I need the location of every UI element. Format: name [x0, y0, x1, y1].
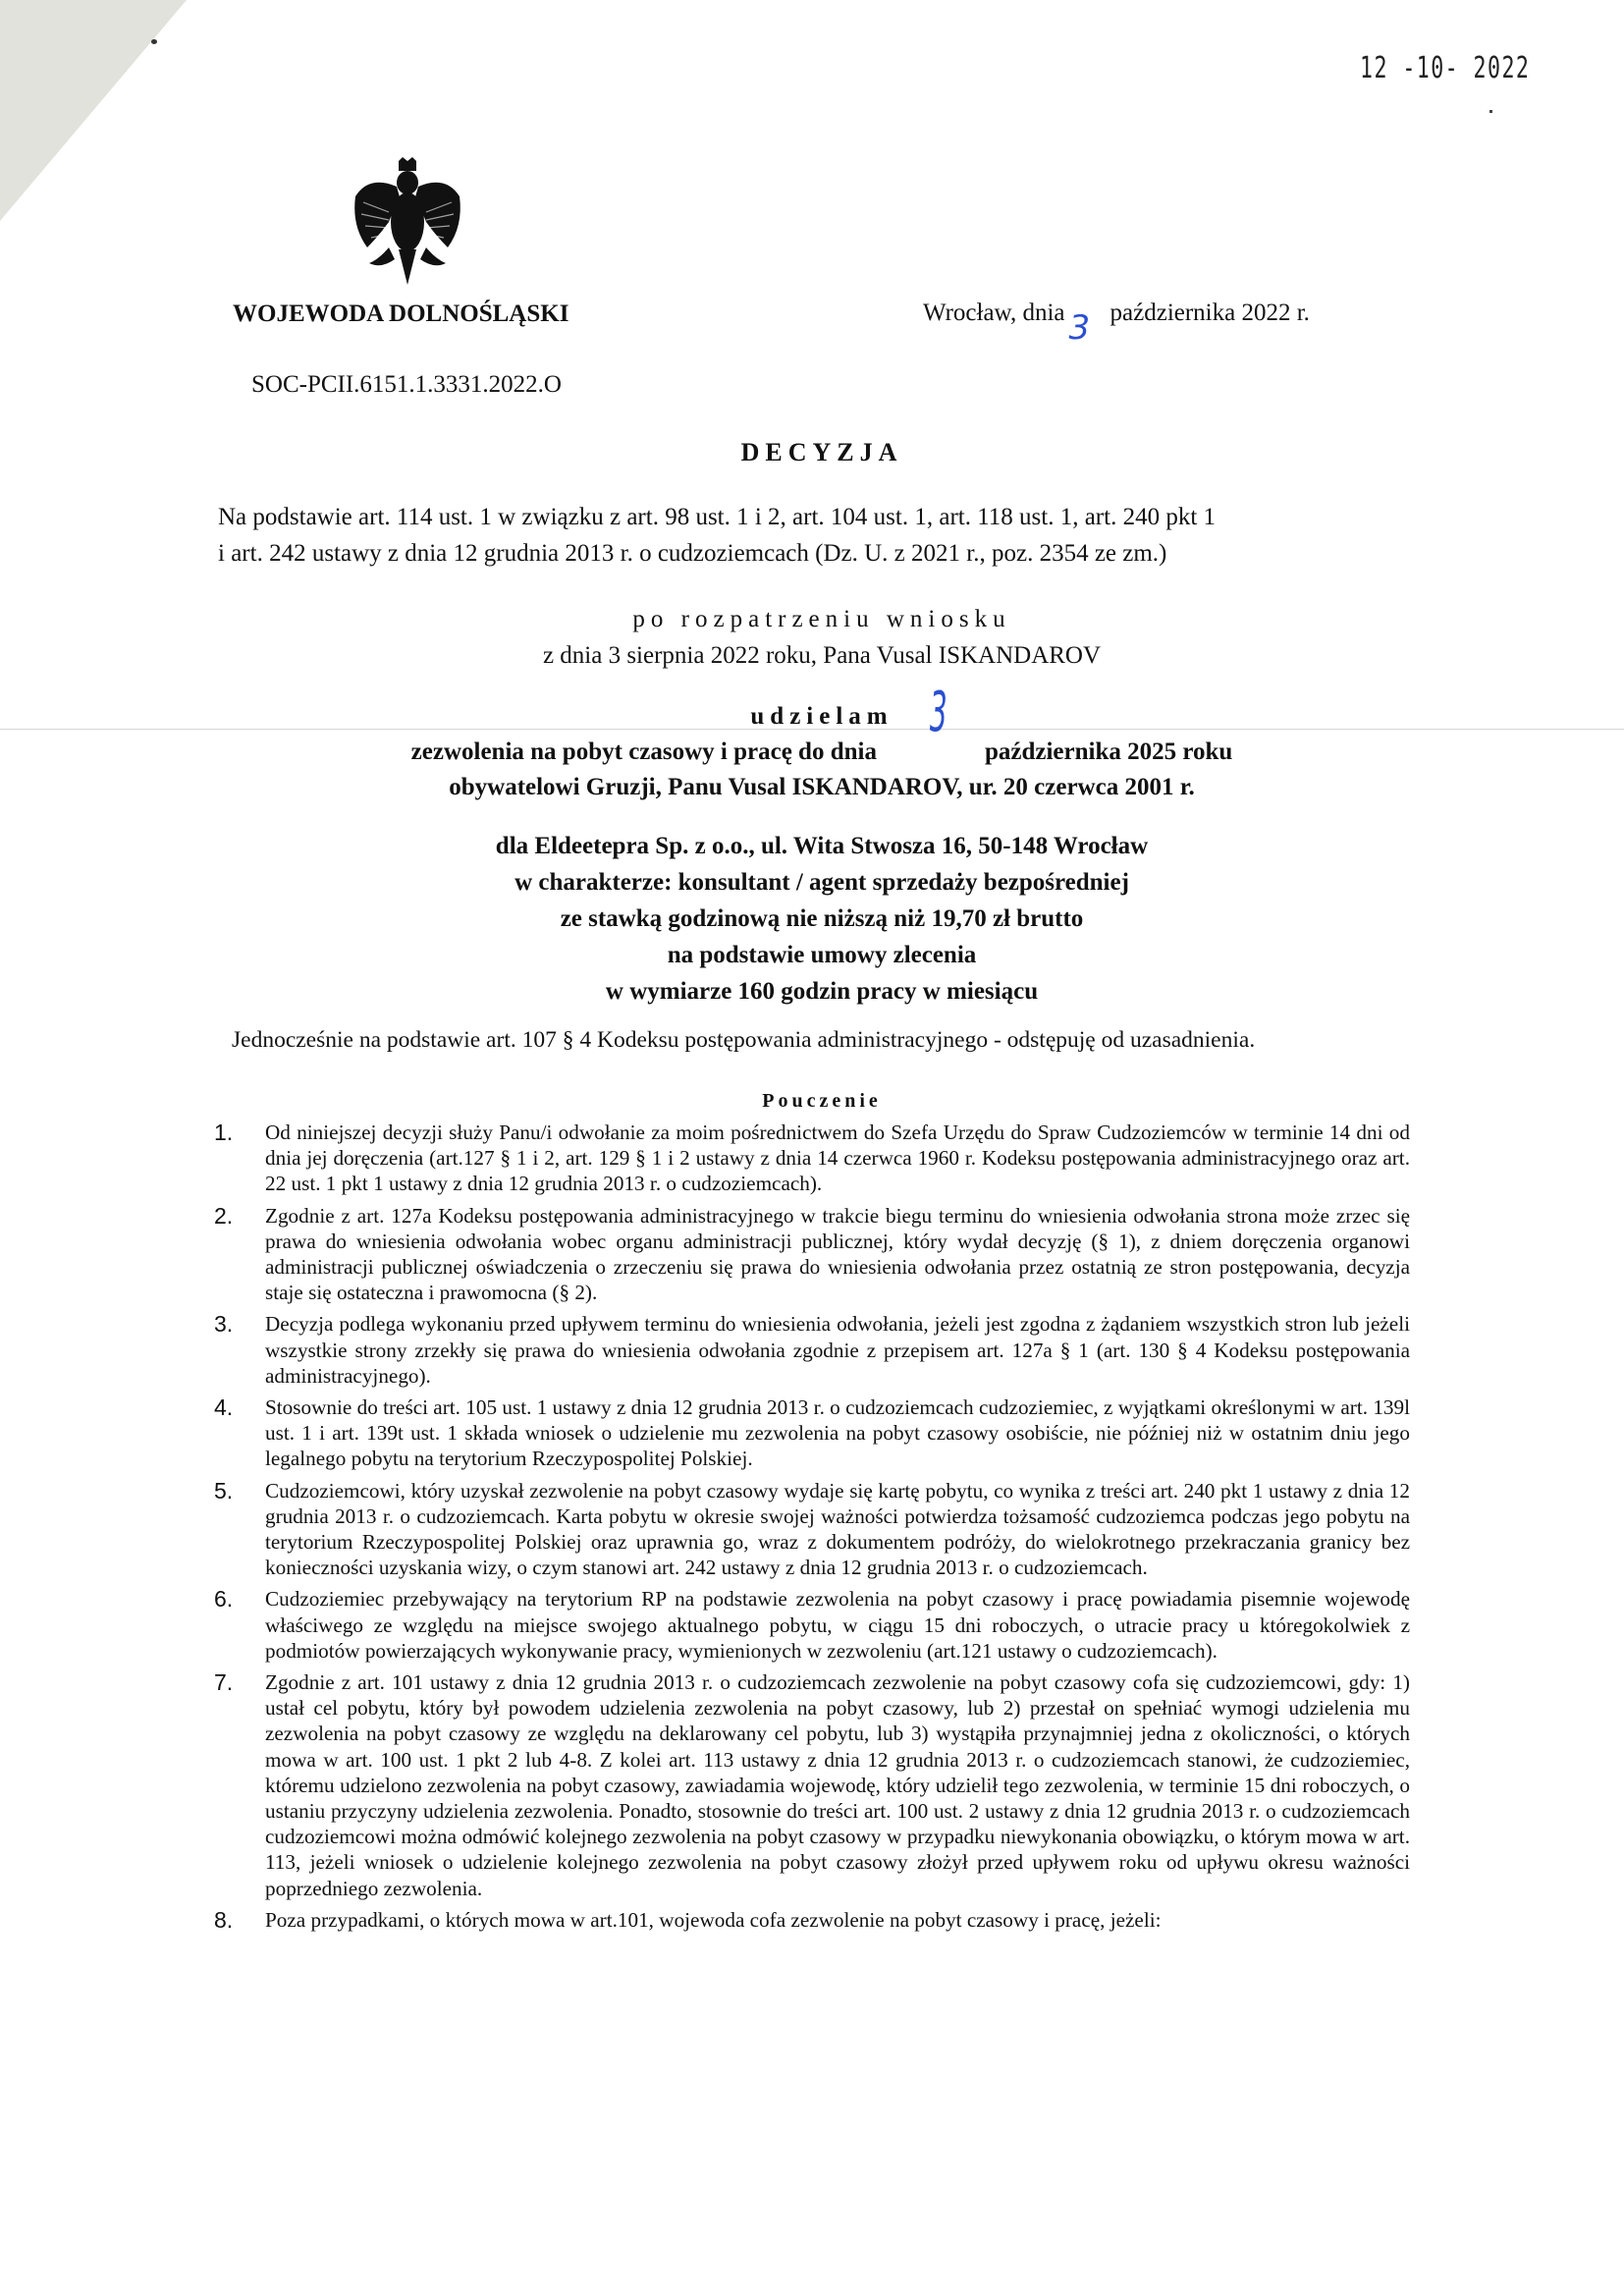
grant-heading: udzielam: [750, 703, 893, 730]
grant-section: udzielam zezwolenia na pobyt czasowy i p…: [0, 699, 1624, 805]
application-line: z dnia 3 sierpnia 2022 roku, Pana Vusal …: [20, 637, 1624, 674]
place-prefix: Wrocław, dnia: [923, 300, 1065, 326]
handwritten-expiry-day: 3: [930, 695, 947, 731]
grant-holder-line: obywatelowi Gruzji, Panu Vusal ISKANDARO…: [20, 770, 1624, 805]
legal-basis-line: Na podstawie art. 114 ust. 1 w związku z…: [218, 499, 1411, 535]
place-and-date: Wrocław, dnia3października 2022 r.: [923, 300, 1310, 327]
instruction-item: 4.Stosownie do treści art. 105 ust. 1 us…: [265, 1394, 1410, 1472]
issuing-authority: WOJEWODA DOLNOŚLĄSKI: [233, 301, 568, 328]
grant-line-prefix: zezwolenia na pobyt czasowy i pracę do d…: [411, 738, 877, 765]
hours-line: w wymiarze 160 godzin pracy w miesiącu: [20, 973, 1624, 1010]
polish-eagle-emblem-icon: [350, 157, 465, 290]
instructions-heading: Pouczenie: [0, 1090, 1624, 1113]
instruction-item: 7.Zgodnie z art. 101 ustawy z dnia 12 gr…: [265, 1669, 1410, 1901]
place-suffix: października 2022 r.: [1110, 300, 1310, 326]
scanned-page-fold: [0, 0, 187, 221]
handwritten-day: 3: [1069, 308, 1091, 348]
contract-line: na podstawie umowy zlecenia: [20, 937, 1624, 973]
rate-line: ze stawką godzinową nie niższą niż 19,70…: [20, 901, 1624, 937]
position-line: w charakterze: konsultant / agent sprzed…: [20, 864, 1624, 901]
case-number: SOC-PCII.6151.1.3331.2022.O: [251, 371, 562, 399]
document-title: DECYZJA: [0, 438, 1624, 467]
after-review-heading: po rozpatrzeniu wniosku: [20, 601, 1624, 637]
received-date-stamp: 12 -10- 2022: [1360, 51, 1530, 85]
instruction-item: 1.Od niniejszej decyzji służy Panu/i odw…: [265, 1120, 1410, 1197]
instructions-list: 1.Od niniejszej decyzji służy Panu/i odw…: [265, 1120, 1410, 1939]
legal-basis-line: i art. 242 ustawy z dnia 12 grudnia 2013…: [218, 535, 1411, 572]
instruction-item: 6.Cudzoziemiec przebywający na terytoriu…: [265, 1586, 1410, 1664]
justification-waiver: Jednocześnie na podstawie art. 107 § 4 K…: [232, 1027, 1255, 1054]
staple-mark: [151, 39, 157, 44]
instruction-item: 3.Decyzja podlega wykonaniu przed upływe…: [265, 1311, 1410, 1389]
employer-line: dla Eldeetepra Sp. z o.o., ul. Wita Stwo…: [20, 828, 1624, 864]
legal-basis: Na podstawie art. 114 ust. 1 w związku z…: [218, 499, 1411, 572]
stamp-dot: [1489, 110, 1492, 113]
application-reference: po rozpatrzeniu wniosku z dnia 3 sierpni…: [0, 601, 1624, 674]
instruction-item: 5.Cudzoziemcowi, który uzyskał zezwoleni…: [265, 1478, 1410, 1581]
employment-conditions: dla Eldeetepra Sp. z o.o., ul. Wita Stwo…: [0, 828, 1624, 1010]
instruction-item: 2.Zgodnie z art. 127a Kodeksu postępowan…: [265, 1203, 1410, 1306]
grant-line-suffix: października 2025 roku: [985, 738, 1232, 765]
instruction-item: 8.Poza przypadkami, o których mowa w art…: [265, 1907, 1410, 1933]
